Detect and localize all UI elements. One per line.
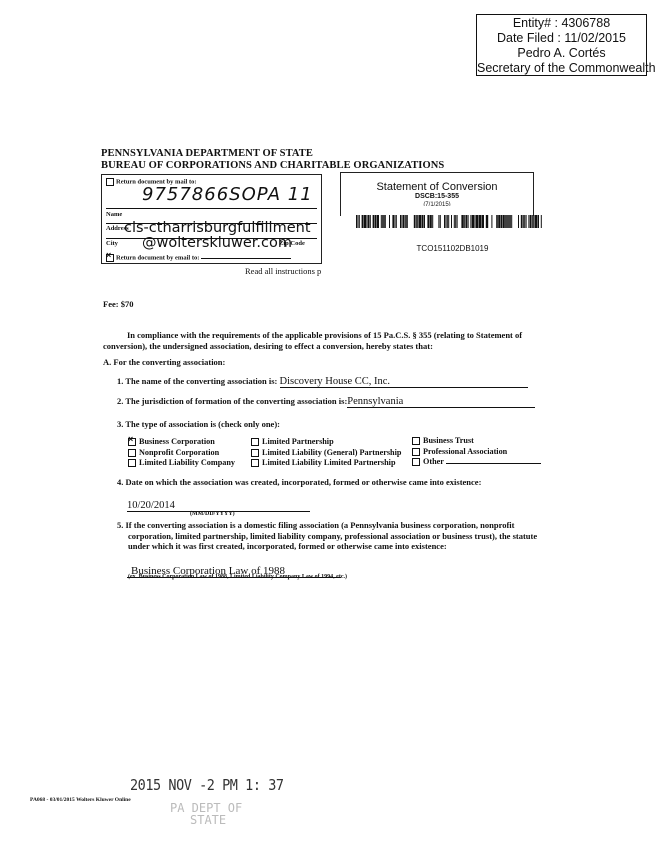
read-instructions-note: Read all instructions p xyxy=(245,266,321,276)
question-5-label: 5. If the converting association is a do… xyxy=(117,520,553,552)
barcode xyxy=(356,215,543,228)
jurisdiction-field[interactable]: Pennsylvania xyxy=(347,396,535,408)
question-2: 2. The jurisdiction of formation of the … xyxy=(117,396,535,408)
entity-number: Entity# : 4306788 xyxy=(477,16,646,31)
name-label: Name xyxy=(106,211,122,218)
association-type-label: Business Corporation xyxy=(139,437,215,446)
association-type-label: Limited Liability Company xyxy=(139,458,235,467)
association-name-field[interactable]: Discovery House CC, Inc. xyxy=(280,376,528,388)
return-email-checkbox[interactable] xyxy=(106,254,114,262)
tracking-number: TCO151102DB1019 xyxy=(360,244,545,253)
association-type-label: Nonprofit Corporation xyxy=(139,448,219,457)
question-4-label: 4. Date on which the association was cre… xyxy=(117,477,481,487)
return-mail-checkbox[interactable] xyxy=(106,178,114,186)
city-field[interactable]: @wolterskluwer.com xyxy=(142,235,292,251)
date-filed: Date Filed : 11/02/2015 xyxy=(477,31,646,46)
association-type-option[interactable]: Limited Liability Limited Partnership xyxy=(251,458,401,469)
name-line xyxy=(106,208,317,209)
question-2-label: 2. The jurisdiction of formation of the … xyxy=(117,396,347,406)
association-type-option[interactable]: Business Corporation xyxy=(128,437,235,448)
other-type-field[interactable] xyxy=(446,463,541,464)
name-field[interactable]: 9757866SOPA 11 xyxy=(142,184,313,205)
association-type-option[interactable]: Business Trust xyxy=(412,436,541,447)
return-email-option[interactable]: Return document by email to: xyxy=(106,254,291,262)
form-revision: (7/1/2015) xyxy=(341,201,533,206)
email-field[interactable] xyxy=(201,258,291,259)
intro-paragraph: In compliance with the requirements of t… xyxy=(103,330,543,352)
association-type-option[interactable]: Other xyxy=(412,457,541,468)
association-type-option[interactable]: Limited Liability (General) Partnership xyxy=(251,448,401,459)
question-1: 1. The name of the converting associatio… xyxy=(117,376,528,388)
association-type-label: Other xyxy=(423,457,444,466)
form-header: PENNSYLVANIA DEPARTMENT OF STATE BUREAU … xyxy=(101,148,444,172)
association-type-checkbox[interactable] xyxy=(412,458,420,466)
association-type-checkbox[interactable] xyxy=(128,438,136,446)
association-type-option[interactable]: Limited Partnership xyxy=(251,437,401,448)
statute-hint: (ex. Business Corporation Law of 1988, L… xyxy=(128,574,347,580)
association-type-label: Limited Liability (General) Partnership xyxy=(262,448,401,457)
section-a-heading: A. For the converting association: xyxy=(103,357,225,368)
received-stamp-datetime: 2015 NOV -2 PM 1: 37 xyxy=(130,776,284,794)
received-stamp-dept: PA DEPT OF STATE xyxy=(150,802,242,826)
association-type-checkbox[interactable] xyxy=(412,437,420,445)
association-type-checkbox[interactable] xyxy=(128,449,136,457)
form-footer: PA068 - 03/01/2015 Wolters Kluwer Online xyxy=(30,797,131,803)
filing-stamp: Entity# : 4306788 Date Filed : 11/02/201… xyxy=(476,14,647,76)
bureau-name: BUREAU OF CORPORATIONS AND CHARITABLE OR… xyxy=(101,160,444,172)
question-3-label: 3. The type of association is (check onl… xyxy=(117,419,280,429)
fee: Fee: $70 xyxy=(103,299,133,310)
statement-box: Statement of Conversion DSCB:15-355 (7/1… xyxy=(340,172,534,216)
date-format-hint: (MM/DD/YYYY) xyxy=(190,511,235,517)
association-type-label: Business Trust xyxy=(423,436,474,445)
association-type-label: Professional Association xyxy=(423,447,507,456)
address-field[interactable]: cls-ctharrisburgfulfillment xyxy=(124,220,311,236)
association-type-checkbox[interactable] xyxy=(251,459,259,467)
city-label: City xyxy=(106,240,118,247)
department-name: PENNSYLVANIA DEPARTMENT OF STATE xyxy=(101,148,444,160)
zip-label: Zip Code xyxy=(279,240,305,247)
association-type-option[interactable]: Professional Association xyxy=(412,447,541,458)
official-name: Pedro A. Cortés xyxy=(477,46,646,61)
association-type-option[interactable]: Nonprofit Corporation xyxy=(128,448,235,459)
dept-line-2: STATE xyxy=(150,814,242,826)
question-1-label: 1. The name of the converting associatio… xyxy=(117,376,277,386)
return-email-label: Return document by email to: xyxy=(116,254,199,261)
association-type-checkbox[interactable] xyxy=(251,449,259,457)
association-type-options: Business CorporationNonprofit Corporatio… xyxy=(128,437,548,472)
association-type-checkbox[interactable] xyxy=(251,438,259,446)
association-type-checkbox[interactable] xyxy=(128,459,136,467)
form-title: Statement of Conversion xyxy=(341,181,533,193)
association-type-checkbox[interactable] xyxy=(412,448,420,456)
return-document-box: Return document by mail to: 9757866SOPA … xyxy=(101,174,322,264)
form-code: DSCB:15-355 xyxy=(341,193,533,201)
official-title: Secretary of the Commonwealth xyxy=(477,61,646,76)
association-type-label: Limited Liability Limited Partnership xyxy=(262,458,396,467)
association-type-option[interactable]: Limited Liability Company xyxy=(128,458,235,469)
association-type-label: Limited Partnership xyxy=(262,437,334,446)
